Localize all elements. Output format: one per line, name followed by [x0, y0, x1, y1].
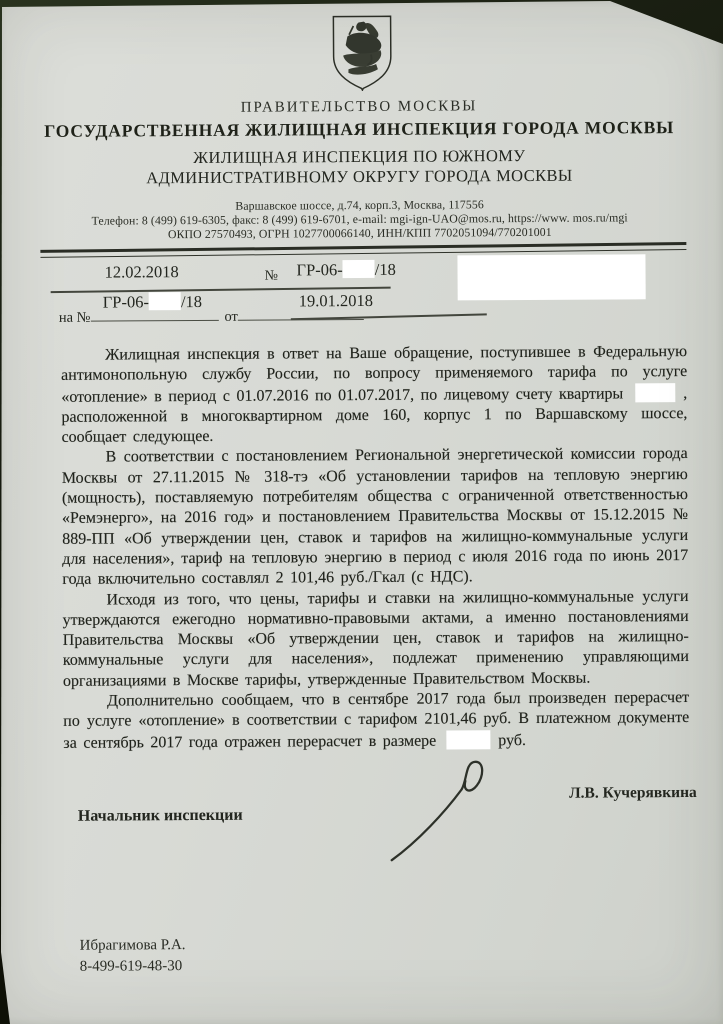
division-title-line2: АДМИНИСТРАТИВНОМУ ОКРУГУ ГОРОДА МОСКВЫ [0, 165, 721, 189]
paragraph-1-text-a: Жилищная инспекция в ответ на Ваше обращ… [61, 343, 687, 405]
executor-name: Ибрагимова Р.А. [80, 937, 186, 955]
signatory-name: Л.В. Кучерявкина [569, 784, 697, 803]
scanned-letter-photo: ПРАВИТЕЛЬСТВО МОСКВЫ ГОСУДАРСТВЕННАЯ ЖИЛ… [0, 0, 723, 1024]
signatory-title: Начальник инспекции [78, 807, 243, 826]
registration-codes-line: ОКПО 27570493, ОГРН 1027700066140, ИНН/К… [0, 224, 721, 243]
paragraph-3: Исходя из того, что цены, тарифы и ставк… [62, 587, 689, 692]
handwritten-signature [383, 751, 574, 875]
outgoing-date: 12.02.2018 [104, 262, 178, 282]
reply-reference-row: на №от [59, 306, 364, 327]
redaction-box-amount [446, 730, 490, 749]
redaction-box-outgoing-number [343, 260, 375, 278]
letter-body: Жилищная инспекция в ответ на Ваше обращ… [61, 342, 689, 754]
paragraph-2: В соответствии с постановлением Регионал… [62, 444, 689, 590]
paragraph-4-text-a: Дополнительно сообщаем, что в сентябре 2… [63, 689, 689, 751]
outgoing-number: ГР-06-/18 [296, 260, 395, 281]
number-sign: № [265, 269, 278, 285]
redaction-box-apartment [635, 383, 675, 402]
paragraph-4: Дополнительно сообщаем, что в сентябре 2… [63, 688, 689, 754]
reply-date-blank-line [238, 306, 364, 321]
moscow-coat-of-arms-icon [327, 13, 398, 96]
paragraph-1: Жилищная инспекция в ответ на Ваше обращ… [61, 342, 688, 448]
government-title: ПРАВИТЕЛЬСТВО МОСКВЫ [0, 97, 721, 118]
reply-to-label: на № [59, 310, 91, 326]
outgoing-number-prefix: ГР-06- [296, 260, 342, 279]
redaction-box-addressee [457, 254, 645, 300]
outgoing-number-suffix: /18 [375, 260, 396, 279]
from-label: от [224, 309, 238, 325]
letter-content: ПРАВИТЕЛЬСТВО МОСКВЫ ГОСУДАРСТВЕННАЯ ЖИЛ… [0, 0, 723, 1024]
agency-title: ГОСУДАРСТВЕННАЯ ЖИЛИЩНАЯ ИНСПЕКЦИЯ ГОРОД… [0, 117, 721, 142]
reply-number-blank-line [90, 307, 218, 322]
executor-phone: 8-499-619-48-30 [80, 958, 183, 976]
paragraph-4-text-b: руб. [498, 732, 526, 749]
